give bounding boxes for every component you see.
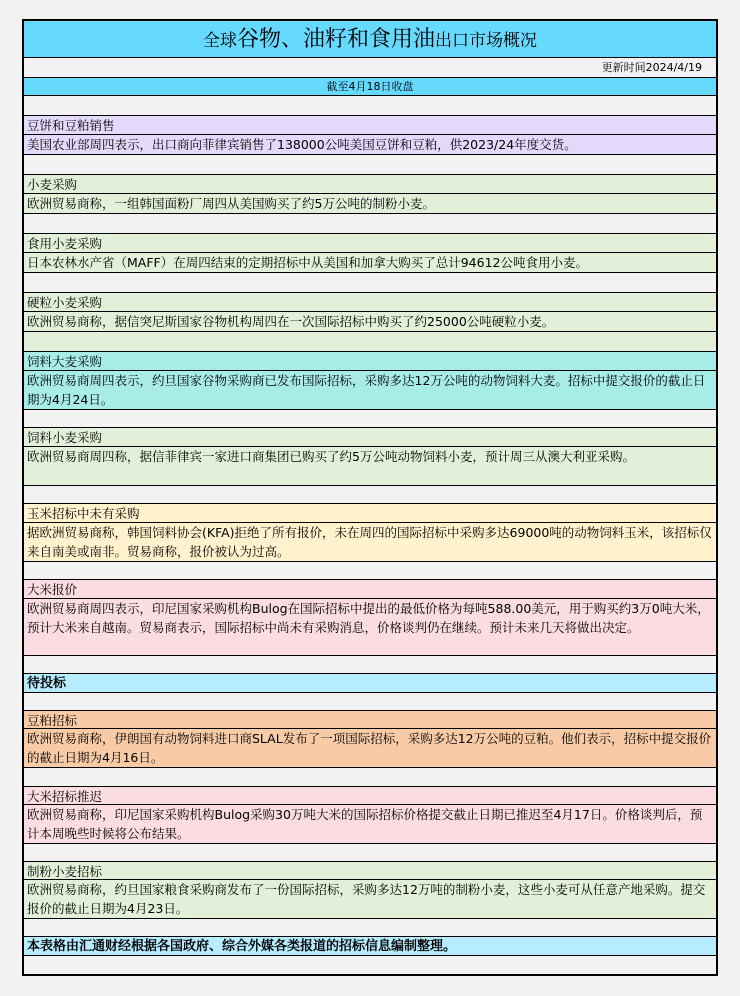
title-prefix: 全球 (203, 31, 237, 51)
section-heading-rice-offer[interactable]: 大米报价 (24, 580, 716, 599)
pending-body-rice-tender-delayed[interactable]: 欧洲贸易商称，印尼国家采购机构Bulog采购30万吨大米的国际招标价格提交截止日… (24, 805, 716, 844)
section-body-food-wheat[interactable]: 日本农林水产省（MAFF）在周四结束的定期招标中从美国和加拿大购买了总计9461… (24, 253, 716, 273)
blank-row[interactable] (24, 656, 716, 674)
footer-note[interactable]: 本表格由汇通财经根据各国政府、综合外媒各类报道的招标信息编制整理。 (24, 937, 716, 956)
section-body-rice-offer[interactable]: 欧洲贸易商周四表示，印尼国家采购机构Bulog在国际招标中提出的最低价格为每吨5… (24, 599, 716, 656)
pending-heading-rice-tender-delayed[interactable]: 大米招标推迟 (24, 787, 716, 805)
blank-row[interactable] (24, 919, 716, 937)
pending-body-soymeal-tender[interactable]: 欧洲贸易商称，伊朗国有动物饲料进口商SLAL发布了一项国际招标，采购多达12万公… (24, 729, 716, 768)
section-heading-food-wheat[interactable]: 食用小麦采购 (24, 234, 716, 253)
pending-heading-milling-wheat-tender[interactable]: 制粉小麦招标 (24, 862, 716, 880)
spreadsheet-table: 全球谷物、油籽和食用油出口市场概况 更新时间2024/4/19 截至4月18日收… (22, 19, 718, 976)
pending-body-milling-wheat-tender[interactable]: 欧洲贸易商称，约旦国家粮食采购商发布了一份国际招标，采购多达12万吨的制粉小麦，… (24, 880, 716, 919)
pending-tenders-heading[interactable]: 待投标 (24, 674, 716, 693)
title-row[interactable]: 全球谷物、油籽和食用油出口市场概况 (24, 21, 716, 58)
cell-comment-marker-icon (24, 57, 29, 58)
blank-row[interactable] (24, 693, 716, 711)
blank-row[interactable] (24, 844, 716, 862)
title-main: 谷物、油籽和食用油 (237, 27, 435, 52)
blank-row[interactable] (24, 956, 716, 974)
blank-row[interactable] (24, 768, 716, 787)
cutoff-row[interactable]: 截至4月18日收盘 (24, 78, 716, 96)
blank-row[interactable] (24, 96, 716, 116)
blank-row[interactable] (24, 562, 716, 580)
blank-row[interactable] (24, 486, 716, 504)
section-body-soymeal-sale[interactable]: 美国农业部周四表示，出口商向菲律宾销售了138000公吨美国豆饼和豆粕，供202… (24, 135, 716, 155)
section-body-durum-wheat[interactable]: 欧洲贸易商称，据信突尼斯国家谷物机构周四在一次国际招标中购买了约25000公吨硬… (24, 312, 716, 332)
section-heading-feed-barley[interactable]: 饲料大麦采购 (24, 352, 716, 371)
section-body-feed-wheat[interactable]: 欧洲贸易商周四称，据信菲律宾一家进口商集团已购买了约5万公吨动物饲料小麦，预计周… (24, 447, 716, 486)
blank-row[interactable] (24, 332, 716, 352)
section-heading-wheat-purchase[interactable]: 小麦采购 (24, 175, 716, 194)
update-time-row[interactable]: 更新时间2024/4/19 (24, 58, 716, 78)
section-heading-corn-tender[interactable]: 玉米招标中未有采购 (24, 504, 716, 523)
blank-row[interactable] (24, 273, 716, 293)
section-heading-feed-wheat[interactable]: 饲料小麦采购 (24, 428, 716, 447)
title-suffix: 出口市场概况 (435, 31, 537, 51)
blank-row[interactable] (24, 155, 716, 175)
section-heading-soymeal-sale[interactable]: 豆饼和豆粕销售 (24, 116, 716, 135)
blank-row[interactable] (24, 214, 716, 234)
pending-heading-soymeal-tender[interactable]: 豆粕招标 (24, 711, 716, 729)
blank-row[interactable] (24, 410, 716, 428)
section-heading-durum-wheat[interactable]: 硬粒小麦采购 (24, 293, 716, 312)
section-body-feed-barley[interactable]: 欧洲贸易商周四表示，约旦国家谷物采购商已发布国际招标，采购多达12万公吨的动物饲… (24, 371, 716, 410)
section-body-wheat-purchase[interactable]: 欧洲贸易商称，一组韩国面粉厂周四从美国购买了约5万公吨的制粉小麦。 (24, 194, 716, 214)
section-body-corn-tender[interactable]: 据欧洲贸易商称，韩国饲料协会(KFA)拒绝了所有报价，未在周四的国际招标中采购多… (24, 523, 716, 562)
